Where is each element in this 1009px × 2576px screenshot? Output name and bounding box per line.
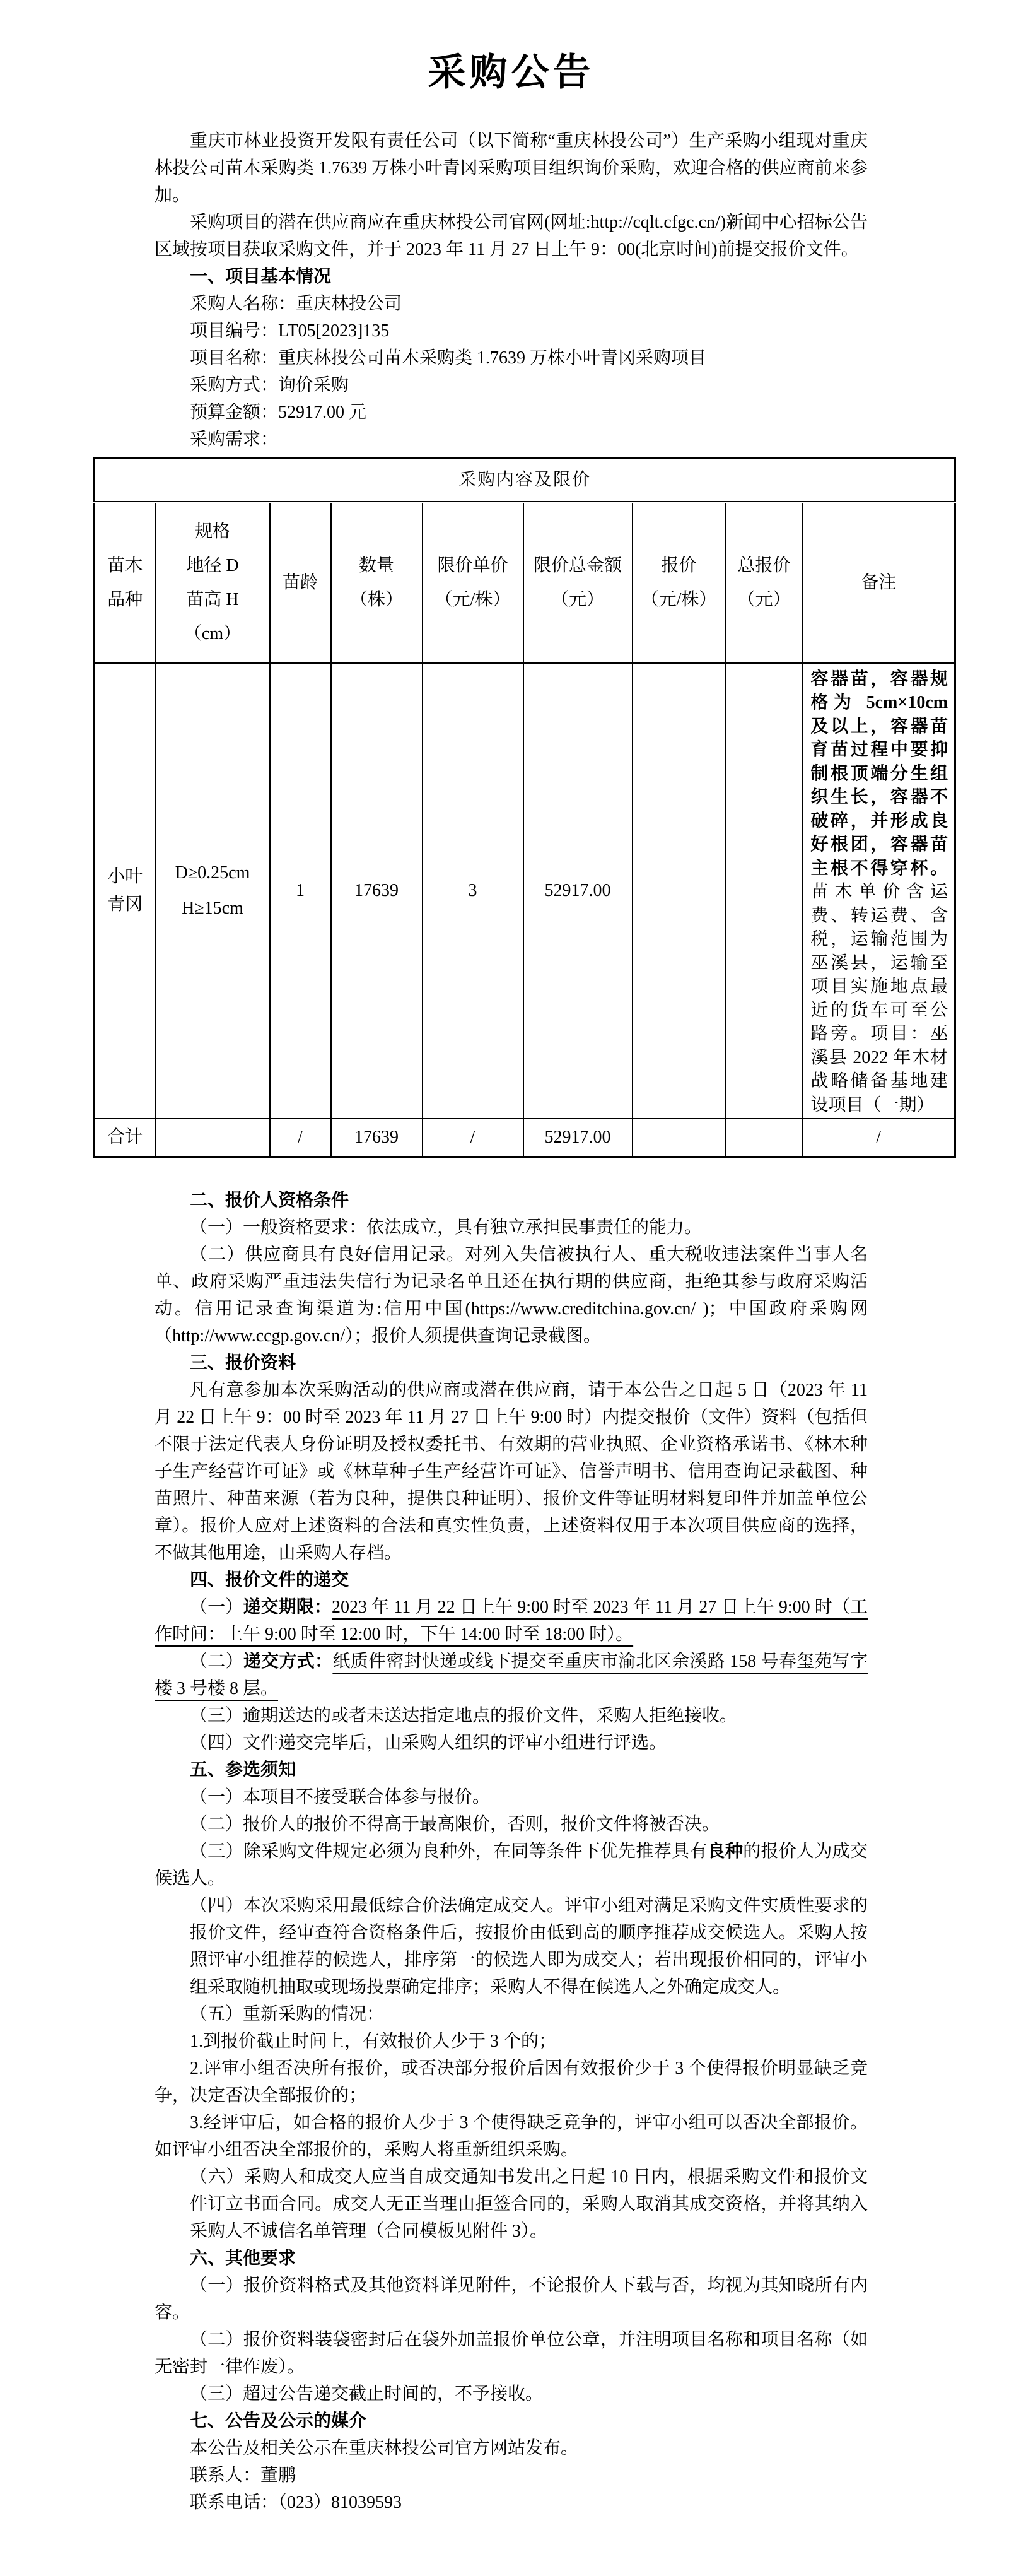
total-total-quote [726,1119,803,1156]
notice-item-5: （五）重新采购的情况： [155,2001,868,2028]
table-header-row: 苗木 品种 规格 地径 D 苗高 H （cm） 苗龄 数量 （株） 限价单价 （… [95,502,955,663]
table-data-row: 小叶 青冈 D≥0.25cm H≥15cm 1 17639 3 52917.00… [95,663,955,1119]
col-header-total-quote: 总报价 （元） [726,502,803,663]
procurement-announcement-page: 采购公告 重庆市林业投资开发限有责任公司（以下简称“重庆林投公司”）生产采购小组… [0,0,1009,2576]
cell-total-quote [726,663,803,1119]
col-header-quote: 报价 （元/株） [633,502,726,663]
remark-normal-text: 苗木单价含运费、转运费、含税，运输范围为巫溪县，运输至项目实施地点最近的货车可至… [811,882,948,1115]
qualification-item-1: （一）一般资格要求：依法成立，具有独立承担民事责任的能力。 [155,1214,868,1241]
total-unit-price: / [423,1119,523,1156]
notice-item-2: （二）报价人的报价不得高于最高限价，否则，报价文件将被否决。 [155,1811,868,1838]
other-item-2: （二）报价资料装袋密封后在袋外加盖报价单位公章，并注明项目名称和项目名称（如无密… [155,2326,868,2380]
document-content: 采购公告 重庆市林业投资开发限有责任公司（以下简称“重庆林投公司”）生产采购小组… [0,0,1009,2516]
cell-remark: 容器苗，容器规格为 5cm×10cm 及以上，容器苗育苗过程中要抑制根顶端分生组… [803,663,955,1119]
total-spec [156,1119,270,1156]
procurement-demand-label: 采购需求： [155,426,868,453]
cell-quote [633,663,726,1119]
contact-person: 联系人：董鹏 [155,2462,868,2489]
col-header-quantity: 数量 （株） [331,502,423,663]
buyer-name: 采购人名称：重庆林投公司 [155,290,868,317]
project-name: 项目名称：重庆林投公司苗木采购类 1.7639 万株小叶青冈采购项目 [155,344,868,372]
notice-item-6: （六）采购人和成交人应当自成交通知书发出之日起 10 日内，根据采购文件和报价文… [155,2163,868,2245]
submission-item-1-prefix: （一） [190,1597,243,1617]
section-5-heading: 五、参选须知 [155,1756,868,1784]
submission-item-3: （三）逾期送达的或者未送达指定地点的报价文件，采购人拒绝接收。 [155,1702,868,1729]
other-item-1: （一）报价资料格式及其他资料详见附件，不论报价人下载与否，均视为其知晓所有内容。 [155,2272,868,2326]
col-header-age: 苗龄 [270,502,331,663]
cell-species: 小叶 青冈 [95,663,156,1119]
submission-item-4: （四）文件递交完毕后，由采购人组织的评审小组进行评选。 [155,1729,868,1756]
intro-paragraph-1: 重庆市林业投资开发限有责任公司（以下简称“重庆林投公司”）生产采购小组现对重庆林… [155,127,868,209]
contact-phone: 联系电话：（023）81039593 [155,2489,868,2516]
total-age: / [270,1119,331,1156]
total-label: 合计 [95,1119,156,1156]
total-price-limit: 52917.00 [523,1119,633,1156]
cell-total-price-limit: 52917.00 [523,663,633,1119]
notice-item-3-bold: 良种 [708,1842,744,1861]
col-header-species: 苗木 品种 [95,502,156,663]
media-body: 本公告及相关公示在重庆林投公司官方网站发布。 [155,2435,868,2462]
col-header-spec: 规格 地径 D 苗高 H （cm） [156,502,270,663]
notice-item-3: （三）除采购文件规定必须为良种外，在同等条件下优先推荐具有良种的报价人为成交候选… [155,1838,868,1892]
cell-age: 1 [270,663,331,1119]
cell-unit-price-limit: 3 [423,663,523,1119]
col-header-remark: 备注 [803,502,955,663]
remark-bold-text: 容器苗，容器规格为 5cm×10cm 及以上，容器苗育苗过程中要抑制根顶端分生组… [811,669,948,878]
section-4-heading: 四、报价文件的递交 [155,1567,868,1594]
submission-item-1: （一）递交期限：2023 年 11 月 22 日上午 9:00 时至 2023 … [155,1594,868,1648]
section-3-heading: 三、报价资料 [155,1350,868,1377]
cell-quantity: 17639 [331,663,423,1119]
total-quantity: 17639 [331,1119,423,1156]
notice-sub-item-1: 1.到报价截止时间上，有效报价人少于 3 个的； [155,2028,868,2055]
section-1-heading: 一、项目基本情况 [155,263,868,290]
table-caption: 采购内容及限价 [95,458,955,502]
qualification-item-2: （二）供应商具有良好信用记录。对列入失信被执行人、重大税收违法案件当事人名单、政… [155,1241,868,1350]
table-caption-row: 采购内容及限价 [95,458,955,502]
col-header-total-price-limit: 限价总金额 （元） [523,502,633,663]
intro-paragraph-2: 采购项目的潜在供应商应在重庆林投公司官网(网址:http://cqlt.cfgc… [155,209,868,263]
total-quote [633,1119,726,1156]
project-number: 项目编号：LT05[2023]135 [155,317,868,344]
col-header-unit-price-limit: 限价单价 （元/株） [423,502,523,663]
submission-item-2: （二）递交方式：纸质件密封快递或线下提交至重庆市渝北区余溪路 158 号春玺苑写… [155,1648,868,1702]
page-title: 采购公告 [155,44,868,101]
title-spacer [93,101,954,127]
materials-paragraph: 凡有意参加本次采购活动的供应商或潜在供应商，请于本公告之日起 5 日（2023 … [155,1377,868,1567]
submission-method-label: 递交方式： [243,1652,332,1671]
procurement-method: 采购方式：询价采购 [155,372,868,399]
other-item-3: （三）超过公告递交截止时间的，不予接收。 [155,2380,868,2408]
total-remark: / [803,1119,955,1156]
section-2-heading: 二、报价人资格条件 [155,1187,868,1214]
budget-amount: 预算金额：52917.00 元 [155,399,868,426]
submission-deadline-label: 递交期限： [243,1597,332,1617]
notice-item-4: （四）本次采购采用最低综合价法确定成交人。评审小组对满足采购文件实质性要求的报价… [155,1892,868,2001]
notice-sub-item-2: 2.评审小组否决所有报价，或否决部分报价后因有效报价少于 3 个使得报价明显缺乏… [155,2055,868,2109]
cell-spec: D≥0.25cm H≥15cm [156,663,270,1119]
table-total-row: 合计 / 17639 / 52917.00 / [95,1119,955,1156]
section-7-heading: 七、公告及公示的媒介 [155,2408,868,2435]
section-6-heading: 六、其他要求 [155,2245,868,2272]
procurement-content-table: 采购内容及限价 苗木 品种 规格 地径 D 苗高 H （cm） 苗龄 数量 （株… [93,457,956,1158]
notice-sub-item-3: 3.经评审后，如合格的报价人少于 3 个使得缺乏竞争的，评审小组可以否决全部报价… [155,2109,868,2163]
submission-item-2-prefix: （二） [190,1652,243,1671]
notice-item-1: （一）本项目不接受联合体参与报价。 [155,1784,868,1811]
notice-item-3-pre: （三）除采购文件规定必须为良种外，在同等条件下优先推荐具有 [190,1842,708,1861]
